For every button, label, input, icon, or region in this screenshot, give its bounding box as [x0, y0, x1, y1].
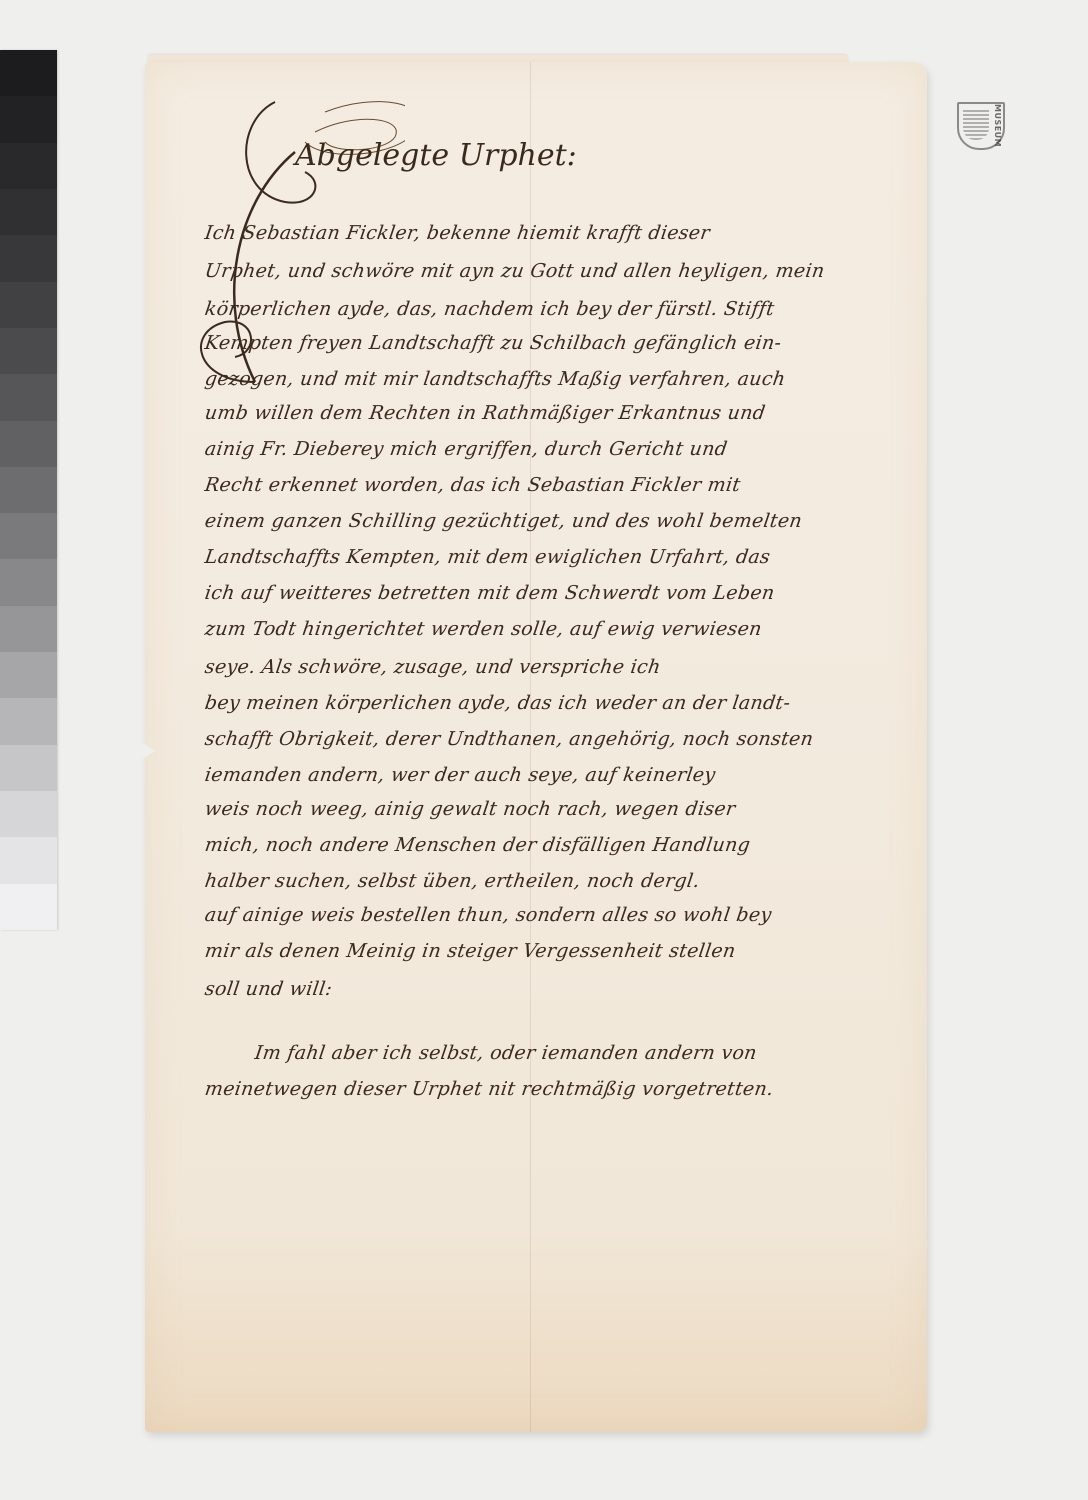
manuscript-page: MUSEUM Abgelegte Urphet: Ich Sebastian F…: [145, 62, 927, 1432]
manuscript-line: soll und will:: [203, 978, 896, 1000]
gray-patch: [0, 282, 57, 328]
manuscript-line: weis noch weeg, ainig gewalt noch rach, …: [203, 798, 896, 820]
gray-patch: [0, 189, 57, 235]
manuscript-line: auf ainige weis bestellen thun, sondern …: [203, 904, 896, 926]
manuscript-line: Recht erkennet worden, das ich Sebastian…: [203, 474, 896, 496]
manuscript-line: einem ganzen Schilling gezüchtiget, und …: [203, 510, 896, 532]
manuscript-line: schafft Obrigkeit, derer Undthanen, ange…: [203, 728, 896, 750]
manuscript-line: mir als denen Meinig in steiger Vergesse…: [203, 940, 896, 962]
manuscript-line: halber suchen, selbst üben, ertheilen, n…: [203, 870, 896, 892]
manuscript-line: Im fahl aber ich selbst, oder iemanden a…: [253, 1042, 946, 1064]
gray-patch: [0, 837, 57, 883]
crest-icon: [963, 108, 989, 140]
gray-patch: [0, 652, 57, 698]
gray-patch: [0, 559, 57, 605]
manuscript-line: mich, noch andere Menschen der disfällig…: [203, 834, 896, 856]
manuscript-line: Landtschaffts Kempten, mit dem ewigliche…: [203, 546, 896, 568]
manuscript-line: ainig Fr. Dieberey mich ergriffen, durch…: [203, 438, 896, 460]
gray-patch: [0, 50, 57, 96]
manuscript-line: ich auf weitteres betretten mit dem Schw…: [203, 582, 896, 604]
gray-patch: [0, 235, 57, 281]
gray-patch: [0, 513, 57, 559]
gray-patch: [0, 791, 57, 837]
gray-patch: [0, 745, 57, 791]
gray-patch: [0, 96, 57, 142]
manuscript-line: gezogen, und mit mir landtschaffts Maßig…: [203, 368, 896, 390]
manuscript-line: zum Todt hingerichtet werden solle, auf …: [203, 618, 896, 640]
document-heading: Abgelegte Urphet:: [295, 138, 577, 173]
gray-patch: [0, 606, 57, 652]
grayscale-color-target: [0, 50, 57, 930]
gray-patch: [0, 884, 57, 930]
gray-patch: [0, 467, 57, 513]
manuscript-line: Ich Sebastian Fickler, bekenne hiemit kr…: [203, 222, 896, 244]
manuscript-line: körperlichen ayde, das, nachdem ich bey …: [203, 298, 896, 320]
museum-stamp: MUSEUM: [957, 102, 1005, 150]
manuscript-line: Urphet, und schwöre mit ayn zu Gott und …: [203, 260, 896, 282]
manuscript-line: iemanden andern, wer der auch seye, auf …: [203, 764, 896, 786]
manuscript-line: meinetwegen dieser Urphet nit rechtmäßig…: [203, 1078, 896, 1100]
manuscript-line: bey meinen körperlichen ayde, das ich we…: [203, 692, 896, 714]
gray-patch: [0, 143, 57, 189]
gray-patch: [0, 328, 57, 374]
gray-patch: [0, 374, 57, 420]
gray-patch: [0, 698, 57, 744]
stamp-text: MUSEUM: [993, 104, 1002, 147]
manuscript-line: Kempten freyen Landtschafft zu Schilbach…: [203, 332, 896, 354]
gray-patch: [0, 421, 57, 467]
manuscript-line: umb willen dem Rechten in Rathmäßiger Er…: [203, 402, 896, 424]
manuscript-line: seye. Als schwöre, zusage, und versprich…: [203, 656, 896, 678]
tear-notch: [141, 742, 155, 760]
